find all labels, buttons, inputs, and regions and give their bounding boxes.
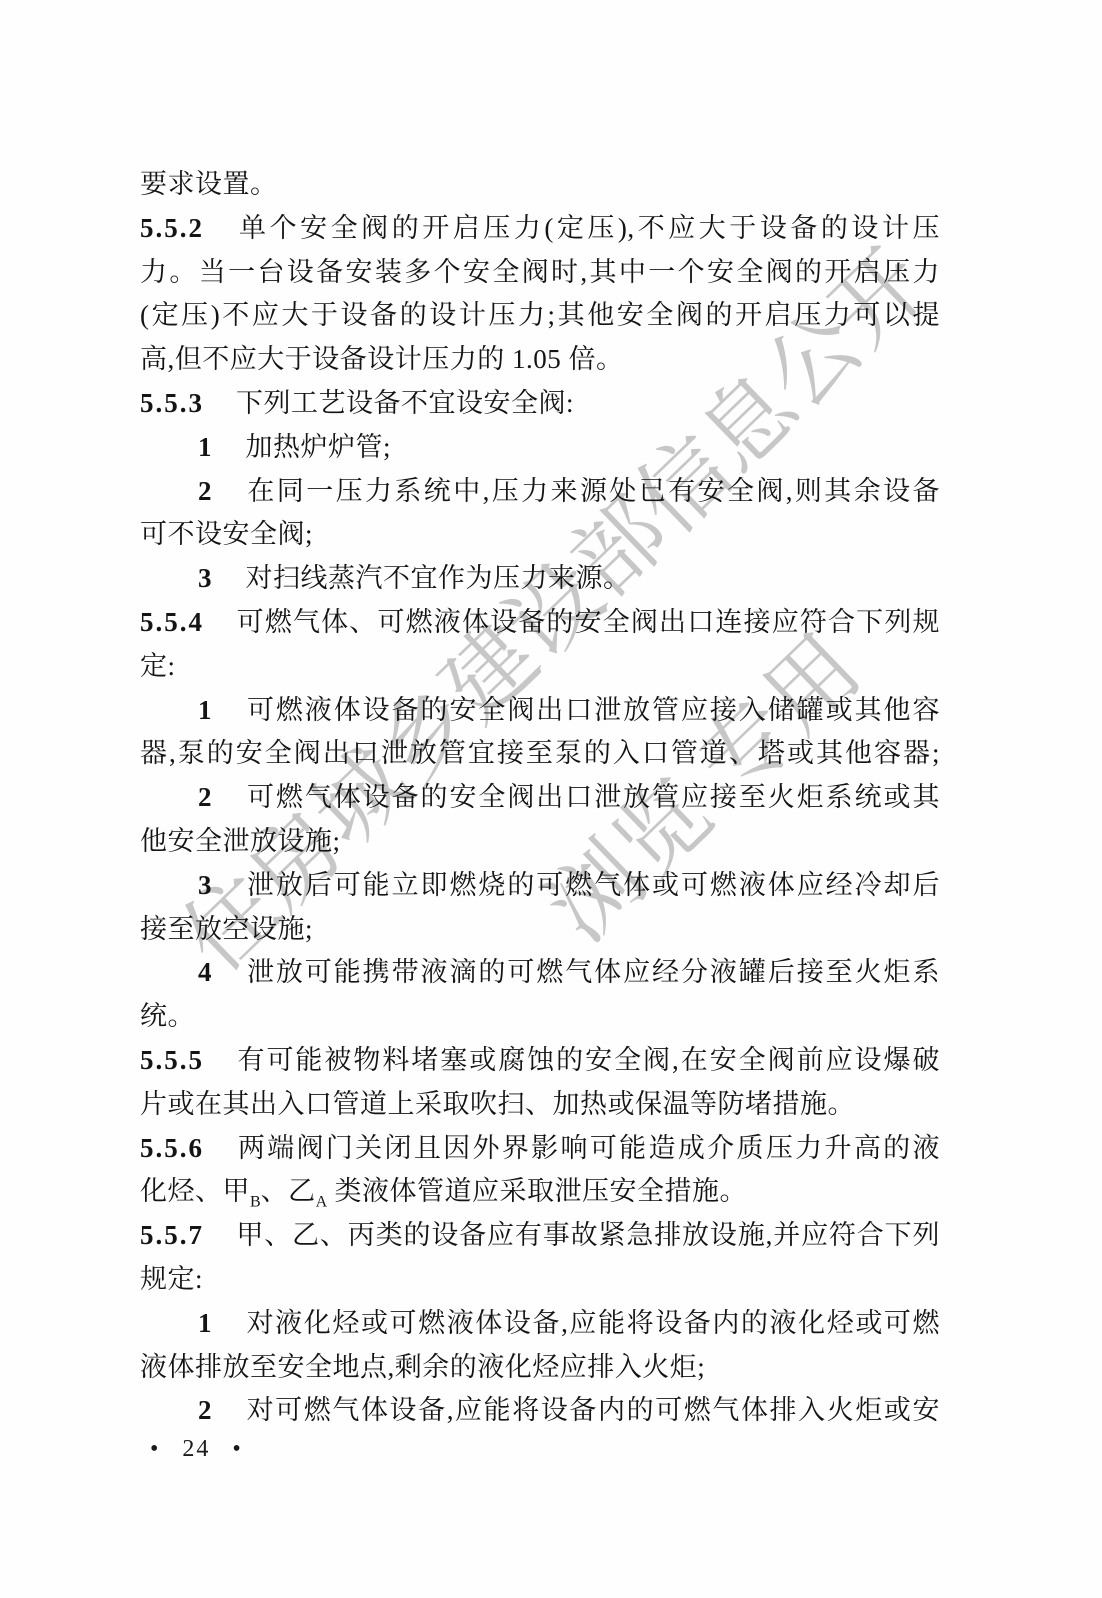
line-text: 有可能被物料堵塞或腐蚀的安全阀,在安全阀前应设爆破 bbox=[236, 1045, 940, 1075]
document-text: 要求设置。5.5.2单个安全阀的开启压力(定压),不应大于设备的设计压力。当一台… bbox=[140, 163, 940, 1433]
line-text: 规定: bbox=[140, 1264, 203, 1294]
line-text: 液体排放至安全地点,剩余的液化烃应排入火炬; bbox=[140, 1352, 705, 1382]
line-text: 可燃气体设备的安全阀出口泄放管应接至火炬系统或其 bbox=[246, 782, 941, 812]
clause-line: 5.5.7甲、乙、丙类的设备应有事故紧急排放设施,并应符合下列 bbox=[140, 1214, 940, 1258]
text-line: 他安全泄放设施; bbox=[140, 820, 940, 864]
text-line: 器,泵的安全阀出口泄放管宜接至泵的入口管道、塔或其他容器; bbox=[140, 732, 940, 776]
line-text: 在同一压力系统中,压力来源处已有安全阀,则其余设备 bbox=[246, 476, 941, 506]
item-number: 2 bbox=[198, 1395, 214, 1425]
text-line: 可不设安全阀; bbox=[140, 513, 940, 557]
line-text: (定压)不应大于设备的设计压力;其他安全阀的开启压力可以提 bbox=[140, 300, 940, 330]
clause-number: 5.5.5 bbox=[140, 1045, 204, 1075]
line-text: 下列工艺设备不宜设安全阀: bbox=[236, 388, 574, 418]
text-line: 规定: bbox=[140, 1258, 940, 1302]
line-text: 泄放可能携带液滴的可燃气体应经分液罐后接至火炬系 bbox=[246, 957, 941, 987]
document-page: 住房城乡建设部信息公开 浏览 专用 要求设置。5.5.2单个安全阀的开启压力(定… bbox=[0, 0, 1102, 1598]
list-item-line: 1加热炉炉管; bbox=[140, 426, 940, 470]
list-item-line: 3对扫线蒸汽不宜作为压力来源。 bbox=[140, 557, 940, 601]
list-item-line: 1可燃液体设备的安全阀出口泄放管应接入储罐或其他容 bbox=[140, 689, 940, 733]
line-text: 要求设置。 bbox=[140, 169, 278, 199]
item-number: 2 bbox=[198, 782, 214, 812]
text-line: 高,但不应大于设备设计压力的 1.05 倍。 bbox=[140, 338, 940, 382]
clause-number: 5.5.2 bbox=[140, 213, 204, 243]
line-text: 接至放空设施; bbox=[140, 914, 313, 944]
list-item-line: 2对可燃气体设备,应能将设备内的可燃气体排入火炬或安 bbox=[140, 1389, 940, 1433]
text-line: 定: bbox=[140, 645, 940, 689]
text-line: 片或在其出入口管道上采取吹扫、加热或保温等防堵措施。 bbox=[140, 1083, 940, 1127]
line-text: 高,但不应大于设备设计压力的 1.05 倍。 bbox=[140, 344, 624, 374]
clause-number: 5.5.4 bbox=[140, 607, 204, 637]
line-text: 两端阀门关闭且因外界影响可能造成介质压力升高的液 bbox=[236, 1133, 940, 1163]
line-text: 对可燃气体设备,应能将设备内的可燃气体排入火炬或安 bbox=[246, 1395, 941, 1425]
line-text: 统。 bbox=[140, 1001, 195, 1031]
item-number: 3 bbox=[198, 563, 214, 593]
line-text: 可燃液体设备的安全阀出口泄放管应接入储罐或其他容 bbox=[246, 695, 941, 725]
item-number: 3 bbox=[198, 870, 214, 900]
list-item-line: 1对液化烃或可燃液体设备,应能将设备内的液化烃或可燃 bbox=[140, 1302, 940, 1346]
line-text: 单个安全阀的开启压力(定压),不应大于设备的设计压 bbox=[236, 213, 940, 243]
text-line: (定压)不应大于设备的设计压力;其他安全阀的开启压力可以提 bbox=[140, 294, 940, 338]
list-item-line: 2可燃气体设备的安全阀出口泄放管应接至火炬系统或其 bbox=[140, 776, 940, 820]
item-number: 1 bbox=[198, 432, 214, 462]
clause-number: 5.5.6 bbox=[140, 1133, 204, 1163]
clause-number: 5.5.3 bbox=[140, 388, 204, 418]
line-text: 化烃、甲 bbox=[140, 1176, 250, 1206]
line-text: 定: bbox=[140, 651, 176, 681]
line-text: 可不设安全阀; bbox=[140, 519, 313, 549]
subscript-text: A bbox=[316, 1194, 328, 1211]
text-line: 化烃、甲B、乙A 类液体管道应采取泄压安全措施。 bbox=[140, 1170, 940, 1214]
clause-line: 5.5.6两端阀门关闭且因外界影响可能造成介质压力升高的液 bbox=[140, 1127, 940, 1171]
line-text: 器,泵的安全阀出口泄放管宜接至泵的入口管道、塔或其他容器; bbox=[140, 738, 940, 768]
list-item-line: 4泄放可能携带液滴的可燃气体应经分液罐后接至火炬系 bbox=[140, 951, 940, 995]
line-text: 对液化烃或可燃液体设备,应能将设备内的液化烃或可燃 bbox=[246, 1308, 941, 1338]
item-number: 2 bbox=[198, 476, 214, 506]
clause-line: 5.5.4可燃气体、可燃液体设备的安全阀出口连接应符合下列规 bbox=[140, 601, 940, 645]
line-text: 甲、乙、丙类的设备应有事故紧急排放设施,并应符合下列 bbox=[236, 1220, 940, 1250]
item-number: 4 bbox=[198, 957, 214, 987]
clause-line: 5.5.3下列工艺设备不宜设安全阀: bbox=[140, 382, 940, 426]
line-text: 、乙 bbox=[261, 1176, 316, 1206]
line-text: 加热炉炉管; bbox=[246, 432, 392, 462]
subscript-text: B bbox=[250, 1194, 261, 1211]
item-number: 1 bbox=[198, 1308, 214, 1338]
line-text: 力。当一台设备安装多个安全阀时,其中一个安全阀的开启压力 bbox=[140, 257, 940, 287]
text-line: 要求设置。 bbox=[140, 163, 940, 207]
line-text: 片或在其出入口管道上采取吹扫、加热或保温等防堵措施。 bbox=[140, 1089, 855, 1119]
text-line: 统。 bbox=[140, 995, 940, 1039]
text-line: 力。当一台设备安装多个安全阀时,其中一个安全阀的开启压力 bbox=[140, 251, 940, 295]
line-text: 可燃气体、可燃液体设备的安全阀出口连接应符合下列规 bbox=[236, 607, 940, 637]
clause-line: 5.5.2单个安全阀的开启压力(定压),不应大于设备的设计压 bbox=[140, 207, 940, 251]
text-line: 液体排放至安全地点,剩余的液化烃应排入火炬; bbox=[140, 1346, 940, 1390]
line-text: 他安全泄放设施; bbox=[140, 826, 341, 856]
clause-number: 5.5.7 bbox=[140, 1220, 204, 1250]
list-item-line: 3泄放后可能立即燃烧的可燃气体或可燃液体应经冷却后 bbox=[140, 864, 940, 908]
item-number: 1 bbox=[198, 695, 214, 725]
line-text: 类液体管道应采取泄压安全措施。 bbox=[327, 1176, 747, 1206]
line-text: 对扫线蒸汽不宜作为压力来源。 bbox=[246, 563, 631, 593]
line-text: 泄放后可能立即燃烧的可燃气体或可燃液体应经冷却后 bbox=[246, 870, 941, 900]
list-item-line: 2在同一压力系统中,压力来源处已有安全阀,则其余设备 bbox=[140, 470, 940, 514]
page-number: • 24 • bbox=[150, 1436, 243, 1463]
clause-line: 5.5.5有可能被物料堵塞或腐蚀的安全阀,在安全阀前应设爆破 bbox=[140, 1039, 940, 1083]
text-line: 接至放空设施; bbox=[140, 908, 940, 952]
